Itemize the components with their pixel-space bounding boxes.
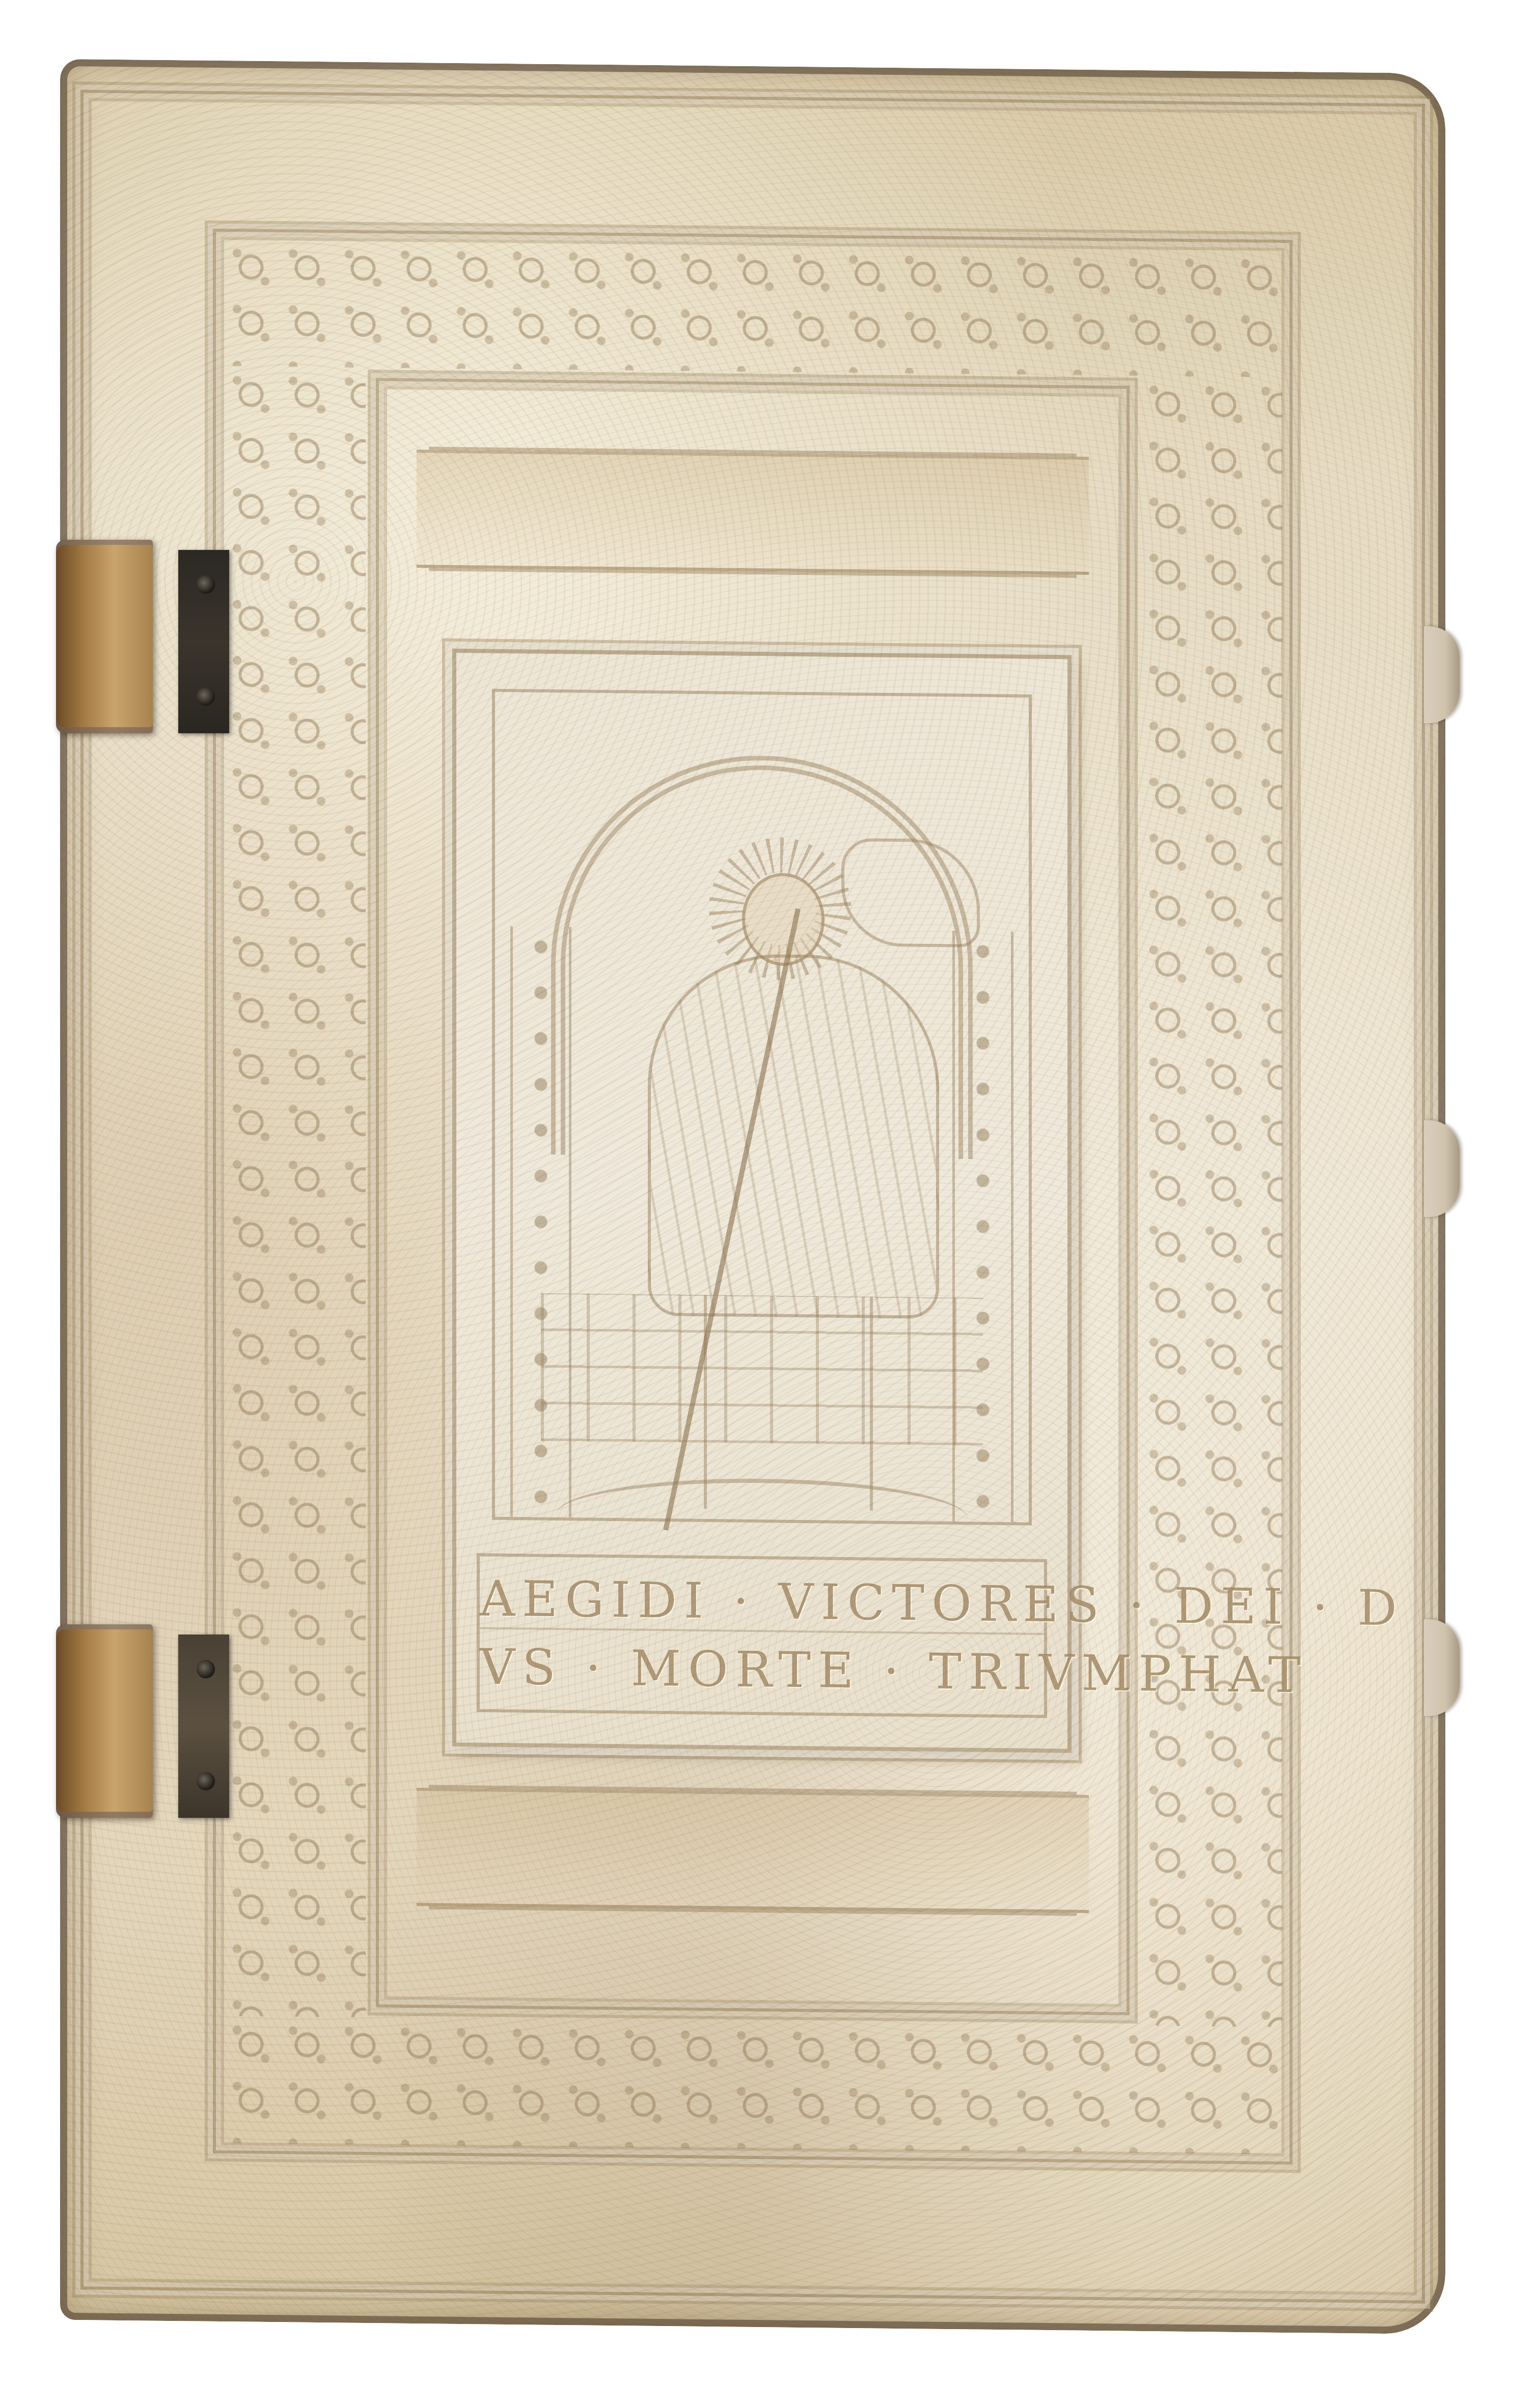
clasp-catch-plate bbox=[178, 550, 229, 733]
figure-head bbox=[742, 873, 825, 966]
rivet-icon bbox=[197, 1772, 215, 1790]
inscription-band: AEGIDI · VICTORES · DEI · D VS · MORTE ·… bbox=[477, 1553, 1047, 1718]
book-cover: AEGIDI · VICTORES · DEI · D VS · MORTE ·… bbox=[60, 59, 1445, 2334]
inscription-line-1: AEGIDI · VICTORES · DEI · D bbox=[480, 1570, 1044, 1635]
lower-clasp bbox=[51, 1614, 234, 1838]
clasp-strap bbox=[56, 1624, 153, 1818]
arch-frame bbox=[492, 689, 1032, 1526]
rivet-icon bbox=[197, 1660, 215, 1678]
spine-raised-band bbox=[1424, 626, 1460, 723]
inscription-line-2: VS · MORTE · TRIVMPHAT bbox=[480, 1638, 1044, 1701]
top-blank-band bbox=[417, 450, 1089, 575]
spine-raised-band bbox=[1424, 1619, 1460, 1716]
central-panel-stamp: AEGIDI · VICTORES · DEI · D VS · MORTE ·… bbox=[452, 649, 1072, 1753]
rivet-icon bbox=[197, 575, 215, 594]
bottom-blank-band bbox=[417, 1788, 1089, 1913]
figure-robe bbox=[648, 953, 939, 1319]
city-background bbox=[541, 1293, 983, 1446]
clasp-catch-plate bbox=[178, 1635, 229, 1818]
banner-flag-icon bbox=[841, 838, 980, 948]
spine-raised-band bbox=[1424, 1120, 1460, 1217]
rivet-icon bbox=[197, 687, 215, 706]
upper-clasp bbox=[51, 530, 234, 754]
clasp-strap bbox=[56, 540, 153, 733]
